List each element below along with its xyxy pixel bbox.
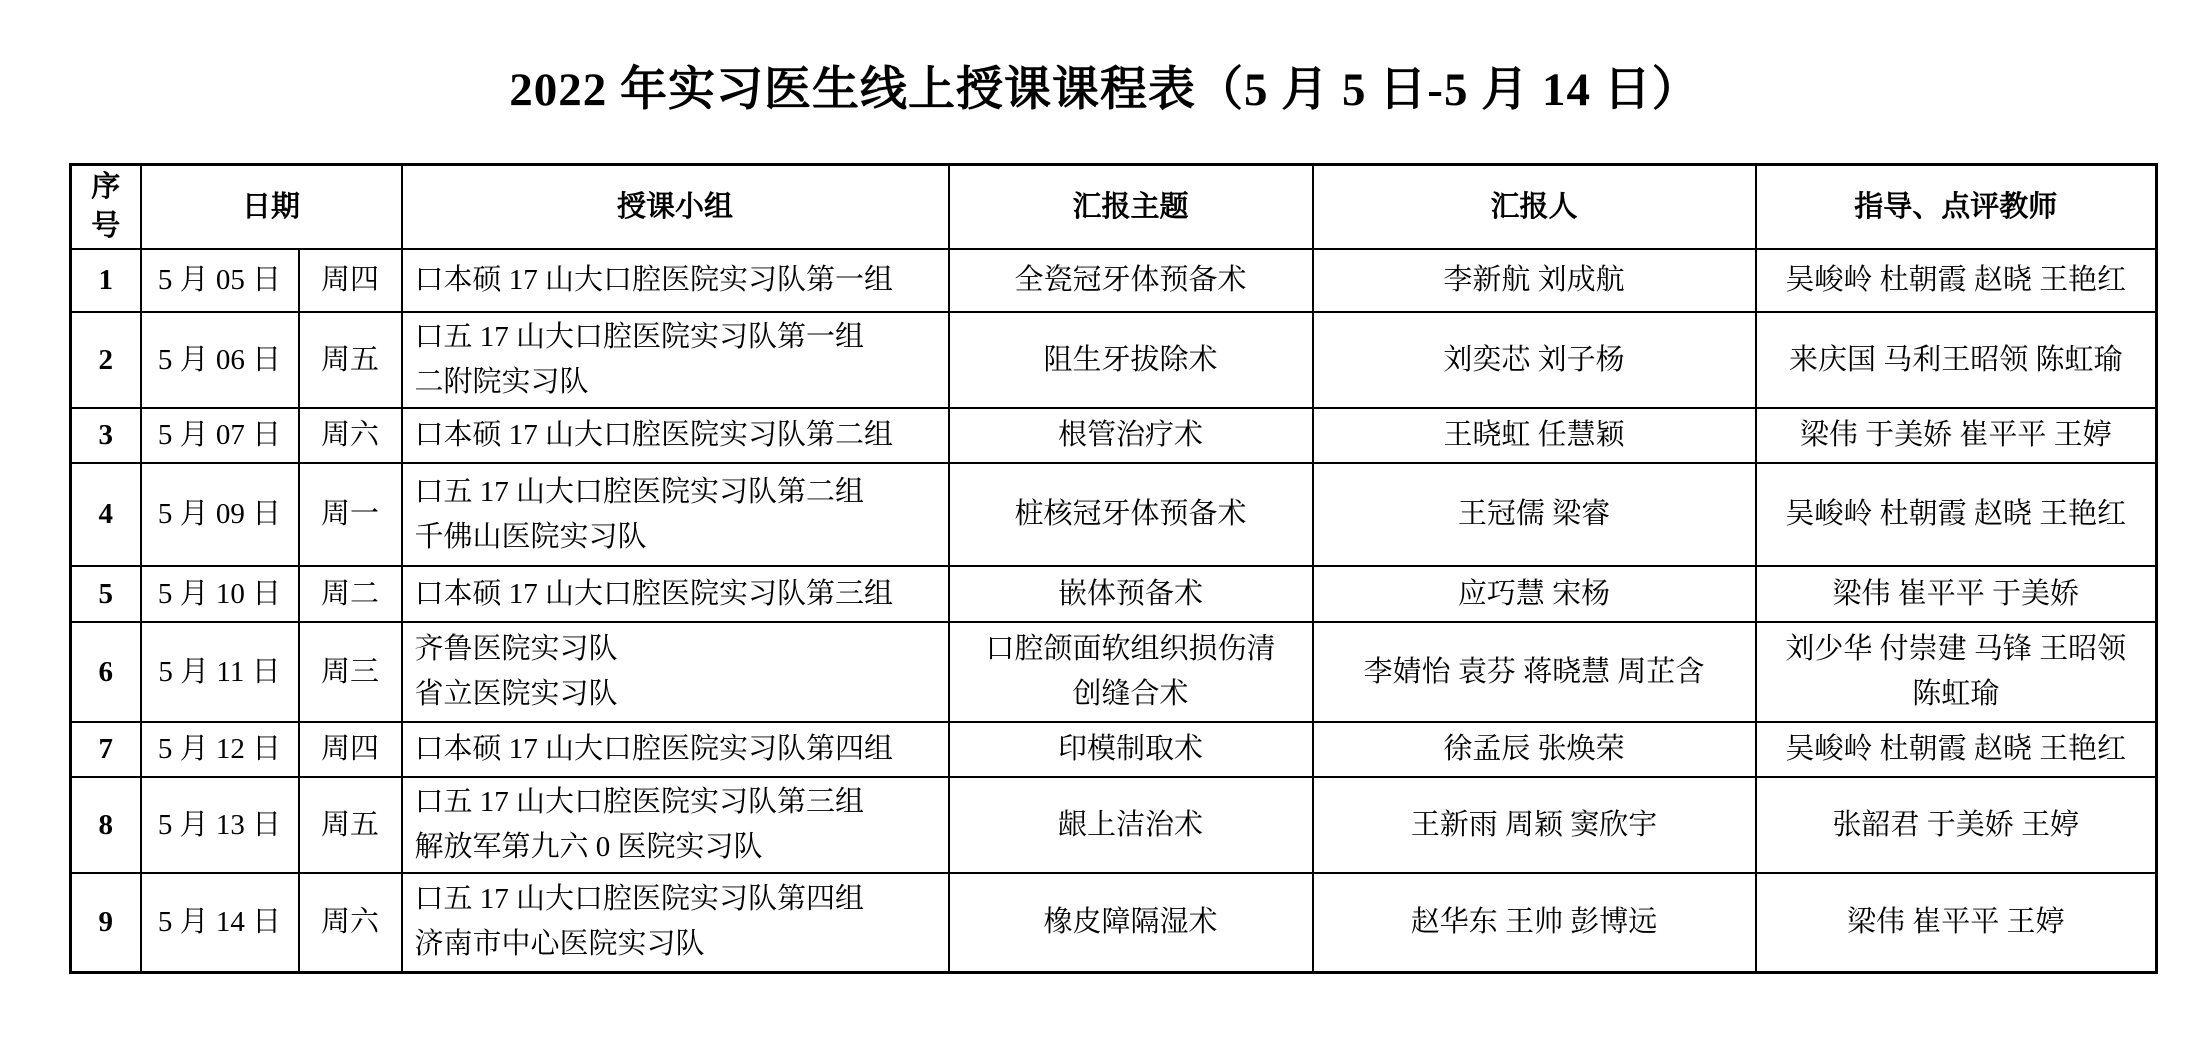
cell-topic: 根管治疗术 <box>949 408 1313 463</box>
header-topic: 汇报主题 <box>949 165 1313 250</box>
cell-teachers: 吴峻岭 杜朝霞 赵晓 王艳红 <box>1756 463 2157 566</box>
cell-weekday: 周四 <box>299 722 402 777</box>
cell-date: 5 月 11 日 <box>141 622 299 722</box>
cell-reporter: 应巧慧 宋杨 <box>1313 566 1756 622</box>
table-row-5: 5 5 月 10 日 周二 口本硕 17 山大口腔医院实习队第三组 嵌体预备术 … <box>71 566 2157 622</box>
cell-reporter: 刘奕芯 刘子杨 <box>1313 312 1756 408</box>
cell-group: 口本硕 17 山大口腔医院实习队第三组 <box>402 566 949 622</box>
schedule-table: 序 号 日期 授课小组 汇报主题 汇报人 指导、点评教师 1 5 月 05 日 … <box>69 163 2158 974</box>
cell-topic: 嵌体预备术 <box>949 566 1313 622</box>
table-row-1: 1 5 月 05 日 周四 口本硕 17 山大口腔医院实习队第一组 全瓷冠牙体预… <box>71 249 2157 312</box>
cell-reporter: 徐孟辰 张焕荣 <box>1313 722 1756 777</box>
cell-index: 6 <box>71 622 141 722</box>
cell-weekday: 周三 <box>299 622 402 722</box>
cell-teachers: 张韶君 于美娇 王婷 <box>1756 777 2157 873</box>
table-row-3: 3 5 月 07 日 周六 口本硕 17 山大口腔医院实习队第二组 根管治疗术 … <box>71 408 2157 463</box>
cell-topic: 口腔颌面软组织损伤清 创缝合术 <box>949 622 1313 722</box>
cell-weekday: 周六 <box>299 873 402 972</box>
cell-index: 3 <box>71 408 141 463</box>
cell-topic: 全瓷冠牙体预备术 <box>949 249 1313 312</box>
header-date: 日期 <box>141 165 402 250</box>
cell-group: 口五 17 山大口腔医院实习队第二组 千佛山医院实习队 <box>402 463 949 566</box>
cell-date: 5 月 07 日 <box>141 408 299 463</box>
cell-date: 5 月 10 日 <box>141 566 299 622</box>
cell-date: 5 月 09 日 <box>141 463 299 566</box>
table-row-9: 9 5 月 14 日 周六 口五 17 山大口腔医院实习队第四组 济南市中心医院… <box>71 873 2157 972</box>
cell-group: 口五 17 山大口腔医院实习队第三组 解放军第九六 0 医院实习队 <box>402 777 949 873</box>
cell-date: 5 月 14 日 <box>141 873 299 972</box>
cell-topic: 印模制取术 <box>949 722 1313 777</box>
cell-index: 5 <box>71 566 141 622</box>
cell-teachers: 吴峻岭 杜朝霞 赵晓 王艳红 <box>1756 722 2157 777</box>
cell-reporter: 赵华东 王帅 彭博远 <box>1313 873 1756 972</box>
cell-index: 4 <box>71 463 141 566</box>
cell-teachers: 吴峻岭 杜朝霞 赵晓 王艳红 <box>1756 249 2157 312</box>
cell-teachers: 梁伟 崔平平 王婷 <box>1756 873 2157 972</box>
cell-topic: 橡皮障隔湿术 <box>949 873 1313 972</box>
table-row-8: 8 5 月 13 日 周五 口五 17 山大口腔医院实习队第三组 解放军第九六 … <box>71 777 2157 873</box>
cell-group: 口本硕 17 山大口腔医院实习队第一组 <box>402 249 949 312</box>
table-row-7: 7 5 月 12 日 周四 口本硕 17 山大口腔医院实习队第四组 印模制取术 … <box>71 722 2157 777</box>
cell-teachers: 刘少华 付崇建 马锋 王昭领 陈虹瑜 <box>1756 622 2157 722</box>
header-row: 序 号 日期 授课小组 汇报主题 汇报人 指导、点评教师 <box>71 165 2157 250</box>
cell-date: 5 月 13 日 <box>141 777 299 873</box>
cell-group: 齐鲁医院实习队 省立医院实习队 <box>402 622 949 722</box>
cell-reporter: 王新雨 周颖 窦欣宇 <box>1313 777 1756 873</box>
cell-index: 2 <box>71 312 141 408</box>
cell-reporter: 王冠儒 梁睿 <box>1313 463 1756 566</box>
cell-topic: 桩核冠牙体预备术 <box>949 463 1313 566</box>
cell-teachers: 来庆国 马利王昭领 陈虹瑜 <box>1756 312 2157 408</box>
cell-date: 5 月 12 日 <box>141 722 299 777</box>
cell-weekday: 周二 <box>299 566 402 622</box>
table-row-2: 2 5 月 06 日 周五 口五 17 山大口腔医院实习队第一组 二附院实习队 … <box>71 312 2157 408</box>
cell-index: 9 <box>71 873 141 972</box>
cell-group: 口五 17 山大口腔医院实习队第四组 济南市中心医院实习队 <box>402 873 949 972</box>
cell-weekday: 周五 <box>299 777 402 873</box>
cell-topic: 龈上洁治术 <box>949 777 1313 873</box>
cell-weekday: 周五 <box>299 312 402 408</box>
cell-date: 5 月 06 日 <box>141 312 299 408</box>
cell-reporter: 李婧怡 袁芬 蒋晓慧 周芷含 <box>1313 622 1756 722</box>
cell-reporter: 王晓虹 任慧颖 <box>1313 408 1756 463</box>
cell-topic: 阻生牙拔除术 <box>949 312 1313 408</box>
cell-weekday: 周六 <box>299 408 402 463</box>
cell-group: 口五 17 山大口腔医院实习队第一组 二附院实习队 <box>402 312 949 408</box>
header-group: 授课小组 <box>402 165 949 250</box>
cell-weekday: 周一 <box>299 463 402 566</box>
cell-teachers: 梁伟 崔平平 于美娇 <box>1756 566 2157 622</box>
header-reporter: 汇报人 <box>1313 165 1756 250</box>
cell-date: 5 月 05 日 <box>141 249 299 312</box>
cell-group: 口本硕 17 山大口腔医院实习队第二组 <box>402 408 949 463</box>
cell-index: 8 <box>71 777 141 873</box>
header-index: 序 号 <box>71 165 141 250</box>
header-teachers: 指导、点评教师 <box>1756 165 2157 250</box>
cell-group: 口本硕 17 山大口腔医院实习队第四组 <box>402 722 949 777</box>
page-title: 2022 年实习医生线上授课课程表（5 月 5 日-5 月 14 日） <box>0 52 2209 119</box>
cell-teachers: 梁伟 于美娇 崔平平 王婷 <box>1756 408 2157 463</box>
cell-index: 1 <box>71 249 141 312</box>
cell-reporter: 李新航 刘成航 <box>1313 249 1756 312</box>
table-row-4: 4 5 月 09 日 周一 口五 17 山大口腔医院实习队第二组 千佛山医院实习… <box>71 463 2157 566</box>
table-row-6: 6 5 月 11 日 周三 齐鲁医院实习队 省立医院实习队 口腔颌面软组织损伤清… <box>71 622 2157 722</box>
cell-weekday: 周四 <box>299 249 402 312</box>
cell-index: 7 <box>71 722 141 777</box>
